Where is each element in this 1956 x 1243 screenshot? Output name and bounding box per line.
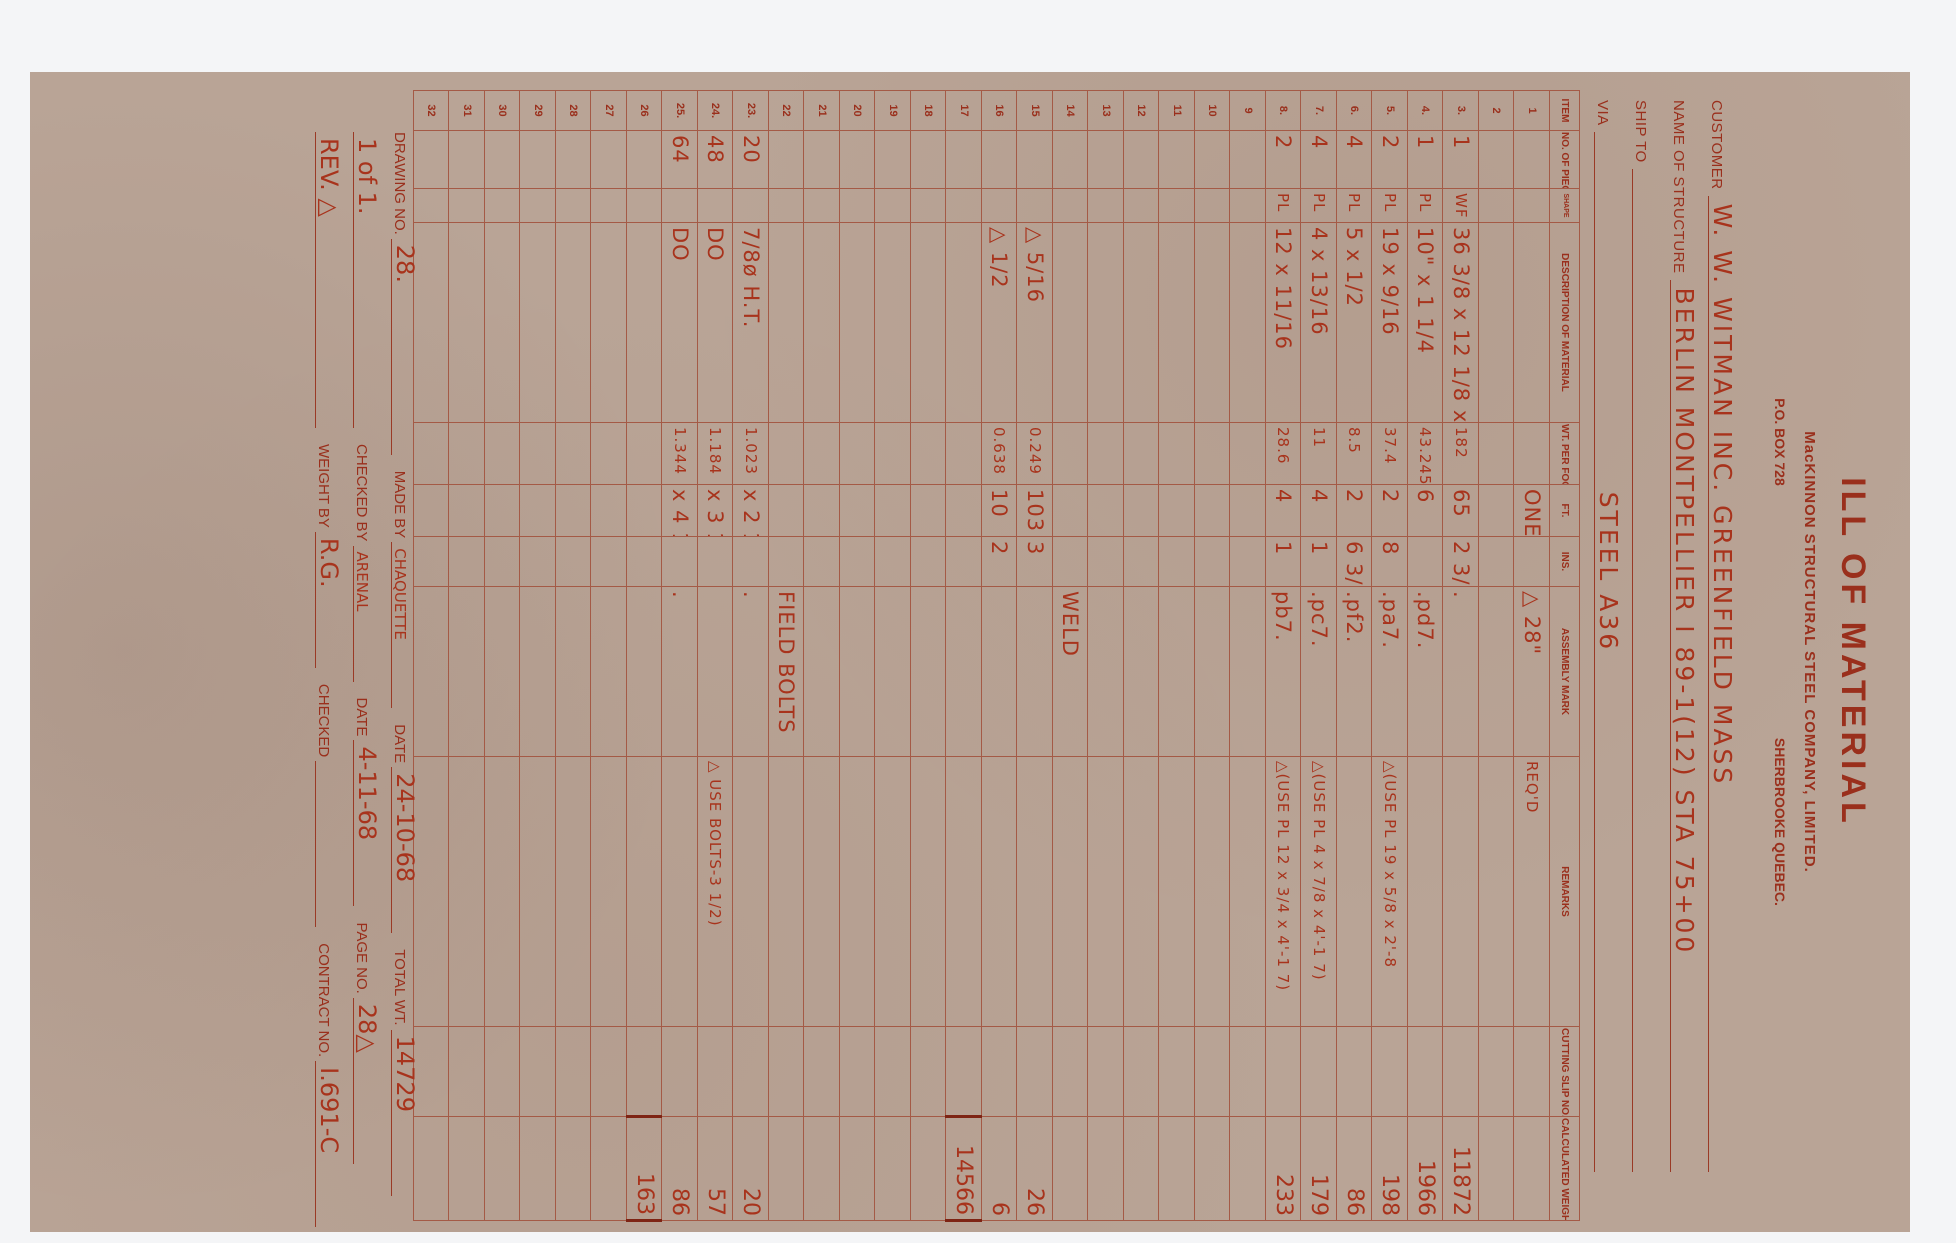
wt-per-foot-cell: 1.023 [733, 423, 769, 485]
assembly-mark-cell [485, 587, 521, 757]
pieces-cell [982, 131, 1018, 189]
cutting-slip-cell [556, 1027, 592, 1117]
item-number: 7. [1301, 91, 1337, 131]
length-ins-cell [769, 537, 805, 587]
footer-row-2: 1 of 1. CHECKED BYARENAL DATE4-11-68 PAG… [353, 132, 387, 1192]
shape-cell [662, 189, 698, 223]
item-number: 16 [982, 91, 1018, 131]
table-row: 14WELD [1053, 91, 1089, 1221]
remarks-cell [556, 757, 592, 1027]
wt-per-foot-cell [1230, 423, 1266, 485]
length-ins-cell [698, 537, 734, 587]
description-cell: 5 x 1/2 [1337, 223, 1373, 423]
wt-per-foot-cell: 0.638 [982, 423, 1018, 485]
shape-cell [982, 189, 1018, 223]
description-cell [911, 223, 947, 423]
pieces-cell [1230, 131, 1266, 189]
assembly-mark-cell: FIELD BOLTS [769, 587, 805, 757]
length-ins-cell [1053, 537, 1089, 587]
item-number: 19 [875, 91, 911, 131]
form-footer: DRAWING NO.28. MADE BYCHAQUETTE DATE24-1… [30, 72, 455, 1232]
length-ft-cell: 103 [1017, 485, 1053, 537]
assembly-mark-cell [804, 587, 840, 757]
length-ft-cell: x 3 1/4 [698, 485, 734, 537]
pieces-cell [1514, 131, 1550, 189]
table-row: 13 [1088, 91, 1124, 1221]
length-ins-cell [875, 537, 911, 587]
assembly-mark-cell [698, 587, 734, 757]
table-row: 12 [1124, 91, 1160, 1221]
assembly-mark-cell [911, 587, 947, 757]
remarks-cell [1017, 757, 1053, 1027]
cutting-slip-cell [1479, 1027, 1515, 1117]
length-ft-cell [875, 485, 911, 537]
date-value: 24-10-68 [391, 767, 418, 933]
form-header: ILL OF MATERIAL MacKINNON STRUCTURAL STE… [1580, 72, 1910, 1232]
wt-per-foot-cell [520, 423, 556, 485]
item-number: 22 [769, 91, 805, 131]
company-name: MacKINNON STRUCTURAL STEEL COMPANY, LIMI… [1801, 72, 1818, 1232]
length-ft-cell [946, 485, 982, 537]
item-number: 20 [840, 91, 876, 131]
assembly-mark-cell: . [733, 587, 769, 757]
length-ft-cell [1195, 485, 1231, 537]
length-ins-cell [1159, 537, 1195, 587]
shape-cell [875, 189, 911, 223]
description-cell [1514, 223, 1550, 423]
description-cell [485, 223, 521, 423]
table-row: 29 [520, 91, 556, 1221]
wt-per-foot-cell: 182 [1443, 423, 1479, 485]
assembly-mark-cell: .pa7. [1372, 587, 1408, 757]
remarks-cell [627, 757, 663, 1027]
length-ins-cell: 6 3/8 [1337, 537, 1373, 587]
item-number: 13 [1088, 91, 1124, 131]
shape-cell [1195, 189, 1231, 223]
assembly-mark-cell: △ 28" [1514, 587, 1550, 757]
item-number: 26 [627, 91, 663, 131]
shape-cell [911, 189, 947, 223]
calculated-weight-cell [875, 1117, 911, 1221]
pieces-cell [520, 131, 556, 189]
col-pieces: NO. OF PIECES [1550, 131, 1580, 189]
page-no-label: PAGE NO. [353, 922, 370, 993]
calculated-weight-cell [1088, 1117, 1124, 1221]
table-header-row: ITEM NO. OF PIECES SHAPE DESCRIPTION OF … [1550, 91, 1580, 1221]
description-cell [804, 223, 840, 423]
table-row: 1ONE△ 28"REQ'D [1514, 91, 1550, 1221]
checked-label: CHECKED [315, 684, 332, 757]
assembly-mark-cell [556, 587, 592, 757]
wt-per-foot-cell [1159, 423, 1195, 485]
calculated-weight-cell: 163 [627, 1117, 663, 1221]
shape-cell: PL [1301, 189, 1337, 223]
length-ft-cell [840, 485, 876, 537]
wt-per-foot-cell [769, 423, 805, 485]
assembly-mark-cell: .pc7. [1301, 587, 1337, 757]
description-cell [520, 223, 556, 423]
length-ins-cell [840, 537, 876, 587]
wt-per-foot-cell: 37.4 [1372, 423, 1408, 485]
pieces-cell [804, 131, 840, 189]
length-ft-cell [485, 485, 521, 537]
cutting-slip-cell [1053, 1027, 1089, 1117]
cutting-slip-cell [698, 1027, 734, 1117]
pieces-cell: 1 [1408, 131, 1444, 189]
length-ft-cell [769, 485, 805, 537]
shape-cell [627, 189, 663, 223]
weight-by-value: R.G. [315, 532, 342, 668]
remarks-cell [591, 757, 627, 1027]
wt-per-foot-cell: 1.344 [662, 423, 698, 485]
col-item: ITEM [1550, 91, 1580, 131]
calculated-weight-cell: 179 [1301, 1117, 1337, 1221]
item-number: 18 [911, 91, 947, 131]
table-row: 8.2PL12 x 11/1628.641pb7.△(USE PL 12 x 3… [1266, 91, 1302, 1221]
customer-field: CUSTOMER W. W. WITMAN INC. GREENFIELD MA… [1708, 100, 1742, 1172]
remarks-cell: △(USE PL 4 x 7/8 x 4'-1 7) [1301, 757, 1337, 1027]
assembly-mark-cell [840, 587, 876, 757]
length-ins-cell [804, 537, 840, 587]
table-row: 16△ 1/20.6381026 [982, 91, 1018, 1221]
cutting-slip-cell [1408, 1027, 1444, 1117]
description-cell: 12 x 11/16 [1266, 223, 1302, 423]
remarks-cell [1159, 757, 1195, 1027]
length-ins-cell [1479, 537, 1515, 587]
pieces-cell [1124, 131, 1160, 189]
remarks-cell [1230, 757, 1266, 1027]
remarks-cell [1053, 757, 1089, 1027]
via-value: STEEL A36 [1594, 132, 1623, 1172]
calculated-weight-cell: 1966 [1408, 1117, 1444, 1221]
item-number: 29 [520, 91, 556, 131]
pieces-cell: 64 [662, 131, 698, 189]
shape-cell [1159, 189, 1195, 223]
wt-per-foot-cell: 28.6 [1266, 423, 1302, 485]
pieces-cell [1053, 131, 1089, 189]
assembly-mark-cell [1159, 587, 1195, 757]
via-field: VIA STEEL A36 [1594, 100, 1628, 1172]
remarks-cell [662, 757, 698, 1027]
contract-no-label: CONTRACT NO. [315, 943, 332, 1057]
pieces-cell [1195, 131, 1231, 189]
item-number: 25. [662, 91, 698, 131]
remarks-cell: △(USE PL 19 x 5/8 x 2'-8 [1372, 757, 1408, 1027]
length-ft-cell [1479, 485, 1515, 537]
pieces-cell [1159, 131, 1195, 189]
description-cell [1053, 223, 1089, 423]
item-number: 28 [556, 91, 592, 131]
remarks-cell [733, 757, 769, 1027]
table-body: 1ONE△ 28"REQ'D23.1WF36 3/8 x 12 1/8 x 3/… [414, 91, 1550, 1221]
cutting-slip-cell [804, 1027, 840, 1117]
item-number: 3. [1443, 91, 1479, 131]
item-number: 1 [1514, 91, 1550, 131]
col-cutting-slip: CUTTING SLIP NO. [1550, 1027, 1580, 1117]
pieces-cell [946, 131, 982, 189]
company-address: P.O. BOX 728 SHERBROOKE QUEBEC. [1772, 272, 1788, 1032]
col-shape: SHAPE [1550, 189, 1580, 223]
pieces-cell [875, 131, 911, 189]
table-row: 28 [556, 91, 592, 1221]
calculated-weight-cell [556, 1117, 592, 1221]
checked-by-value: ARENAL [353, 546, 371, 682]
length-ft-cell [1159, 485, 1195, 537]
pieces-cell: 48 [698, 131, 734, 189]
description-cell [769, 223, 805, 423]
remarks-cell [1408, 757, 1444, 1027]
ship-to-field: SHIP TO [1632, 100, 1666, 1172]
description-cell [1195, 223, 1231, 423]
table-row: 26163 [627, 91, 663, 1221]
table-row: 19 [875, 91, 911, 1221]
wt-per-foot-cell: 43.245 [1408, 423, 1444, 485]
length-ft-cell [1124, 485, 1160, 537]
table-row: 2 [1479, 91, 1515, 1221]
remarks-cell [840, 757, 876, 1027]
remarks-cell: REQ'D [1514, 757, 1550, 1027]
col-description: DESCRIPTION OF MATERIAL [1550, 223, 1580, 423]
wt-per-foot-cell [840, 423, 876, 485]
assembly-mark-cell [1088, 587, 1124, 757]
shape-cell [804, 189, 840, 223]
cutting-slip-cell [1088, 1027, 1124, 1117]
description-cell [1124, 223, 1160, 423]
cutting-slip-cell [485, 1027, 521, 1117]
pieces-cell: 20 [733, 131, 769, 189]
remarks-cell [911, 757, 947, 1027]
item-number: 9 [1230, 91, 1266, 131]
length-ft-cell [1088, 485, 1124, 537]
pieces-cell [1479, 131, 1515, 189]
shape-cell [520, 189, 556, 223]
pieces-cell: 4 [1337, 131, 1373, 189]
item-number: 10 [1195, 91, 1231, 131]
made-by-label: MADE BY [391, 471, 408, 539]
wt-per-foot-cell [1514, 423, 1550, 485]
made-by-value: CHAQUETTE [391, 542, 409, 708]
wt-per-foot-cell [946, 423, 982, 485]
remarks-cell: △(USE PL 12 x 3/4 x 4'-1 7) [1266, 757, 1302, 1027]
length-ins-cell [911, 537, 947, 587]
length-ft-cell: 2 [1372, 485, 1408, 537]
length-ins-cell [1195, 537, 1231, 587]
shape-cell: PL [1408, 189, 1444, 223]
description-cell: 4 x 13/16 [1301, 223, 1337, 423]
table-row: 21 [804, 91, 840, 1221]
checked-value [315, 761, 316, 927]
calculated-weight-cell [1514, 1117, 1550, 1221]
length-ins-cell [946, 537, 982, 587]
shape-cell [591, 189, 627, 223]
item-number: 15 [1017, 91, 1053, 131]
assembly-mark-cell [1479, 587, 1515, 757]
description-cell [1088, 223, 1124, 423]
cutting-slip-cell [1266, 1027, 1302, 1117]
length-ins-cell [1230, 537, 1266, 587]
length-ins-cell [520, 537, 556, 587]
table-row: 5.2PL19 x 9/1637.428.pa7.△(USE PL 19 x 5… [1372, 91, 1408, 1221]
wt-per-foot-cell [591, 423, 627, 485]
item-number: 4. [1408, 91, 1444, 131]
shape-cell: PL [1266, 189, 1302, 223]
cutting-slip-cell [946, 1027, 982, 1117]
table-row: 11 [1159, 91, 1195, 1221]
drawing-no-value: 28. [391, 239, 418, 455]
shape-cell [485, 189, 521, 223]
description-cell: 19 x 9/16 [1372, 223, 1408, 423]
shape-cell [556, 189, 592, 223]
description-cell [591, 223, 627, 423]
wt-per-foot-cell [875, 423, 911, 485]
col-length-ins: INS. [1550, 537, 1580, 587]
calculated-weight-cell: 86 [662, 1117, 698, 1221]
wt-per-foot-cell [1088, 423, 1124, 485]
table-row: 7.4PL4 x 13/161141.pc7.△(USE PL 4 x 7/8 … [1301, 91, 1337, 1221]
length-ins-cell [556, 537, 592, 587]
table-row: 30 [485, 91, 521, 1221]
customer-label: CUSTOMER [1708, 100, 1725, 190]
pieces-cell [591, 131, 627, 189]
table-row: 18 [911, 91, 947, 1221]
footer-row-3: REV. △ WEIGHT BYR.G. CHECKED CONTRACT NO… [315, 132, 349, 1192]
item-number: 24. [698, 91, 734, 131]
length-ins-cell [1514, 537, 1550, 587]
col-calculated-weight: CALCULATED WEIGHT [1550, 1117, 1580, 1221]
cutting-slip-cell [1443, 1027, 1479, 1117]
wt-per-foot-cell [485, 423, 521, 485]
calculated-weight-cell [911, 1117, 947, 1221]
length-ft-cell: x 2 1/4 [733, 485, 769, 537]
calculated-weight-cell [1124, 1117, 1160, 1221]
assembly-mark-cell [875, 587, 911, 757]
material-table: ITEM NO. OF PIECES SHAPE DESCRIPTION OF … [413, 90, 1580, 1222]
item-number: 17 [946, 91, 982, 131]
cutting-slip-cell [1017, 1027, 1053, 1117]
cutting-slip-cell [1301, 1027, 1337, 1117]
shape-cell: PL [1337, 189, 1373, 223]
length-ft-cell: 2 [1337, 485, 1373, 537]
length-ft-cell: 10 [982, 485, 1018, 537]
shape-cell [840, 189, 876, 223]
length-ft-cell [911, 485, 947, 537]
item-number: 23. [733, 91, 769, 131]
calculated-weight-cell [1159, 1117, 1195, 1221]
ship-to-value [1632, 169, 1633, 1172]
description-cell: △ 1/2 [982, 223, 1018, 423]
remarks-cell [1195, 757, 1231, 1027]
assembly-mark-cell [1124, 587, 1160, 757]
description-cell [946, 223, 982, 423]
length-ft-cell [1053, 485, 1089, 537]
cutting-slip-cell [662, 1027, 698, 1117]
calculated-weight-cell [804, 1117, 840, 1221]
table-row: 10 [1195, 91, 1231, 1221]
checked-by-label: CHECKED BY [353, 444, 370, 542]
length-ins-cell [1408, 537, 1444, 587]
item-number: 6. [1337, 91, 1373, 131]
description-cell [840, 223, 876, 423]
length-ft-cell [556, 485, 592, 537]
description-cell: DO [698, 223, 734, 423]
cutting-slip-cell [1230, 1027, 1266, 1117]
cutting-slip-cell [733, 1027, 769, 1117]
pieces-cell: 4 [1301, 131, 1337, 189]
length-ins-cell [485, 537, 521, 587]
cutting-slip-cell [1337, 1027, 1373, 1117]
calculated-weight-cell: 6 [982, 1117, 1018, 1221]
calculated-weight-cell: 26 [1017, 1117, 1053, 1221]
bill-of-material-sheet: ILL OF MATERIAL MacKINNON STRUCTURAL STE… [30, 72, 1910, 1232]
form-title: ILL OF MATERIAL [1833, 72, 1872, 1232]
shape-cell [769, 189, 805, 223]
calculated-weight-cell: 233 [1266, 1117, 1302, 1221]
shape-cell [1479, 189, 1515, 223]
length-ft-cell [804, 485, 840, 537]
wt-per-foot-cell: 0.249 [1017, 423, 1053, 485]
length-ft-cell [520, 485, 556, 537]
item-number: 2 [1479, 91, 1515, 131]
pieces-cell [556, 131, 592, 189]
remarks-cell [875, 757, 911, 1027]
calculated-weight-cell [591, 1117, 627, 1221]
cutting-slip-cell [627, 1027, 663, 1117]
table-row: 6.4PL5 x 1/28.526 3/8.pf2.86 [1337, 91, 1373, 1221]
cutting-slip-cell [1159, 1027, 1195, 1117]
cutting-slip-cell [840, 1027, 876, 1117]
assembly-mark-cell [520, 587, 556, 757]
item-number: 30 [485, 91, 521, 131]
po-box: P.O. BOX 728 [1772, 398, 1788, 486]
length-ins-cell [591, 537, 627, 587]
remarks-cell [769, 757, 805, 1027]
length-ft-cell [591, 485, 627, 537]
remarks-cell [982, 757, 1018, 1027]
pieces-cell: 1 [1443, 131, 1479, 189]
assembly-mark-cell [1195, 587, 1231, 757]
length-ins-cell: 2 3/4 [1443, 537, 1479, 587]
table-row: 4.1PL10" x 1 1/443.2456.pd7.1966 [1408, 91, 1444, 1221]
description-cell [875, 223, 911, 423]
remarks-cell [1337, 757, 1373, 1027]
description-cell: DO [662, 223, 698, 423]
wt-per-foot-cell [627, 423, 663, 485]
wt-per-foot-cell: 11 [1301, 423, 1337, 485]
col-wt-per-foot: WT. PER FOOT [1550, 423, 1580, 485]
shape-cell [946, 189, 982, 223]
remarks-cell [1124, 757, 1160, 1027]
description-cell: 10" x 1 1/4 [1408, 223, 1444, 423]
calculated-weight-cell: 14566 [946, 1117, 982, 1221]
assembly-mark-cell: .pf2. [1337, 587, 1373, 757]
length-ft-cell: 65 [1443, 485, 1479, 537]
length-ft-cell [1230, 485, 1266, 537]
revision-value: REV. △ [315, 132, 342, 428]
item-number: 8. [1266, 91, 1302, 131]
table-row: 27 [591, 91, 627, 1221]
pieces-cell [769, 131, 805, 189]
calculated-weight-cell [840, 1117, 876, 1221]
item-number: 5. [1372, 91, 1408, 131]
table-row: 1714566 [946, 91, 982, 1221]
wt-per-foot-cell [911, 423, 947, 485]
description-cell: 36 3/8 x 12 1/8 x 3/4 [1443, 223, 1479, 423]
shape-cell [1514, 189, 1550, 223]
cutting-slip-cell [769, 1027, 805, 1117]
cutting-slip-cell [1124, 1027, 1160, 1117]
wt-per-foot-cell [1053, 423, 1089, 485]
assembly-mark-cell: WELD [1053, 587, 1089, 757]
